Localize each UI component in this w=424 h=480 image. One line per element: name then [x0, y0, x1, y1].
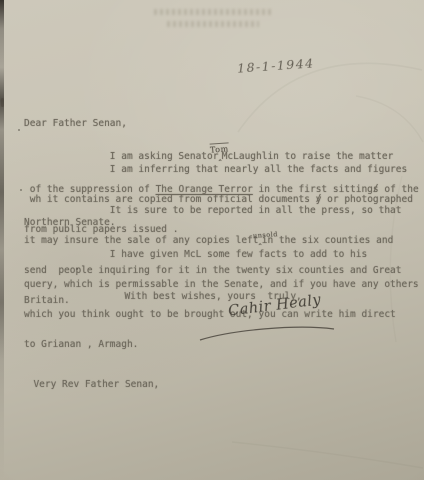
edge-blemish: [1, 98, 4, 107]
footer-recipient-line: Very Rev Father Senan,: [22, 370, 159, 390]
p3-line-1: It is sure to be reported in all the pre…: [24, 206, 402, 216]
letter-photo: { "date": "18-1-1944", "stamps": { "lett…: [0, 0, 424, 480]
faint-letterhead-stamp: [152, 9, 274, 33]
paper-speck: [20, 189, 22, 191]
p4-line-4: to Grianan , Armagh.: [24, 340, 419, 350]
paper-speck: [76, 268, 78, 270]
p4-line-3: which you think ought to be brought out,…: [24, 310, 419, 320]
paper-speck: [18, 129, 20, 131]
salutation-line: Dear Father Senan,: [24, 118, 419, 129]
p4-line-1: I have given McL some few facts to add t…: [24, 250, 419, 260]
p2-line-1: I am inferring that nearly all the facts…: [24, 165, 413, 175]
